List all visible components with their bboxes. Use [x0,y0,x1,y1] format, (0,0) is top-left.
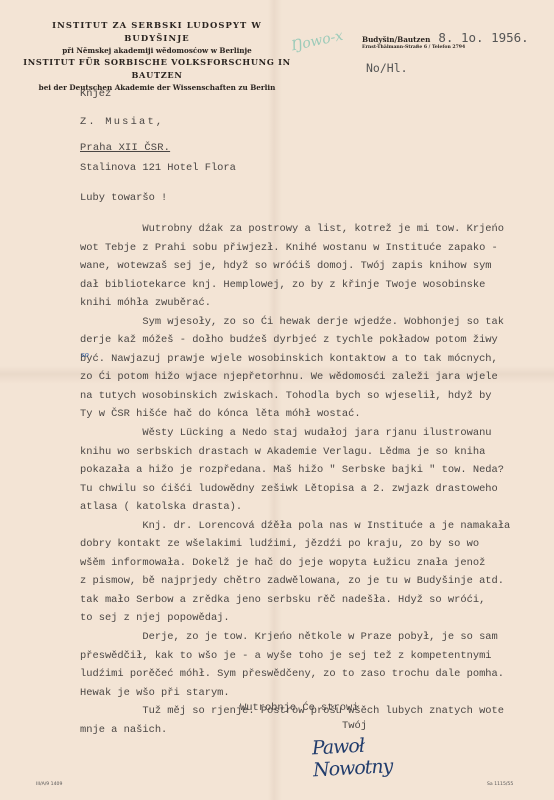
salutation: Luby towaršo ! [80,192,167,204]
footer-print-code-right: Sa 1115/55 [487,782,513,787]
body-text-line: pokazała a hižo je rozpředana. Maš hižo … [80,461,554,480]
body-text-line: Wěsty Lücking a Nedo staj wudałoj jara r… [80,424,554,443]
body-text-line: to sej z njej popowědaj. [80,609,554,628]
body-text-line: być. Nawjazuj prawje wjele wosobinskich … [80,350,554,369]
letterhead-city: Budyšin/Bautzen [362,35,430,44]
letterhead-line-german-sub: bei der Deutschen Akademie der Wissensch… [22,82,292,93]
body-text-line: na tutych wosobinskich zwiskach. Tohodla… [80,387,554,406]
body-text-line: Sym wjesoły, zo so Ći hewak derje wjedźe… [80,313,554,332]
recipient-city: Praha XII ČSR. [80,142,170,154]
body-text-line: dał bibliotekarce knj. Hemplowej, zo by … [80,276,554,295]
body-text-line: Wutrobny dźak za postrowy a list, kotrež… [80,220,554,239]
body-text-line: wšěm informowała. Dokelž je hač do jeje … [80,554,554,573]
handwritten-signature: Pawoł Nowotny [311,731,442,768]
body-text-line: derje kaž móžeš - dołho budźeš dyrbjeć z… [80,331,554,350]
reference-code: No/Hl. [366,61,408,75]
body-text-line: atlasa ( katolska drasta). [80,498,554,517]
recipient-street: Stalinova 121 Hotel Flora [80,162,236,174]
pen-annotation: so [81,351,89,359]
recipient-name: Z. Musiat, [80,116,164,128]
body-text-line: ludźimi porěčeć móhł. Sym přeswědčeny, z… [80,665,554,684]
letterhead-line-german: INSTITUT FÜR SORBISCHE VOLKSFORSCHUNG IN… [22,56,292,82]
body-text-line: wane, wotewzaš sej je, hdyž so wróćiš do… [80,257,554,276]
institute-letterhead: INSTITUT ZA SERBSKI LUDOSPYT W BUDYŠINJE… [22,19,292,93]
body-text-line: Ty w ČSR hišće hač do kónca lěta móhł wo… [80,405,554,424]
closing-line: Wutrobnje Će strowi [240,702,358,714]
body-text-line: z pismow, bě najprjedy chětro zadwělowan… [80,572,554,591]
body-text-line: přeswědčił, kak to wšo je - a wyše toho … [80,647,554,666]
letter-date: 8. 1o. 1956. [438,30,528,45]
letterhead-place-date: Budyšin/Bautzen 8. 1o. 1956. Ernst-Thälm… [362,27,552,50]
letter-paper: INSTITUT ZA SERBSKI LUDOSPYT W BUDYŠINJE… [0,0,554,800]
letterhead-line-sorbian: INSTITUT ZA SERBSKI LUDOSPYT W BUDYŠINJE [22,19,292,45]
body-text-line: wot Tebje z Prahi sobu přiwjezł. Knihé w… [80,239,554,258]
body-text-line: Derje, zo je tow. Krjeńo nětkole w Praze… [80,628,554,647]
body-text-line: dobry kontakt ze wšelakimi ludźimi, jězd… [80,535,554,554]
body-text-line: Tu chwilu so ćišći ludowědny zešiwk Lěto… [80,480,554,499]
body-text-line: Knj. dr. Lorencová dźěła pola nas w Inst… [80,517,554,536]
recipient-title: Knjez [80,88,111,100]
letter-body: Wutrobny dźak za postrowy a list, kotrež… [80,220,554,739]
closing-twoj: Twój [342,720,367,732]
body-text-line: knihu wo serbskich drastach w Akademie V… [80,443,554,462]
footer-print-code-left: III/A/9 1409 [36,782,62,787]
body-text-line: knihi móhła zwuběrać. [80,294,554,313]
body-text-line: tak mało Serbow a zrědka jeno serbsku rě… [80,591,554,610]
letterhead-line-sorbian-sub: při Němskej akademiji wědomosćow w Berli… [22,45,292,56]
body-text-line: zo Ći potom hižo wjace njepřetorhnu. We … [80,368,554,387]
body-text-line: Hewak je wšo při starym. [80,684,554,703]
